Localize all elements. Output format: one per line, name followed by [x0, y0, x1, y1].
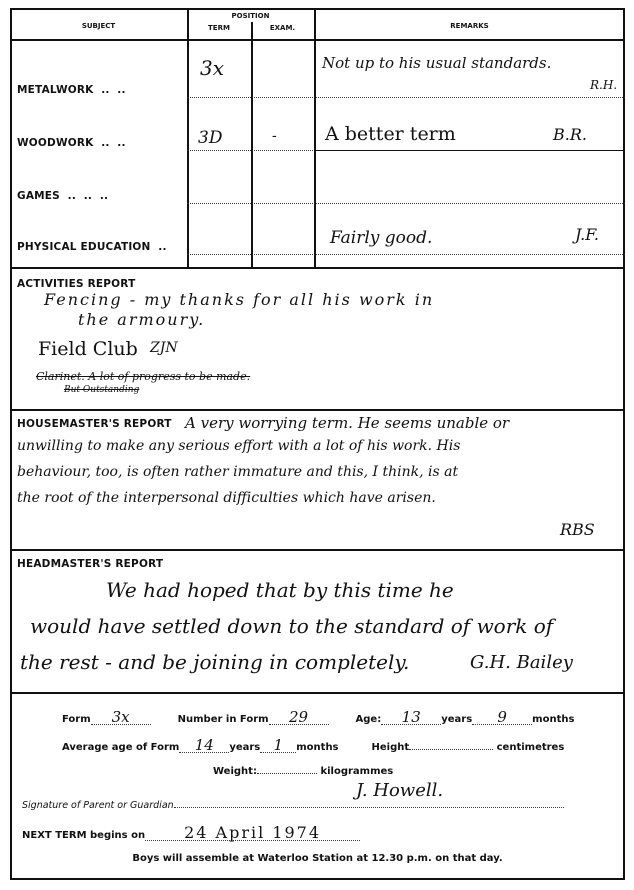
pe-remark: Fairly good.: [330, 228, 432, 248]
activities-struck-line1: Clarinet. A lot of progress to be made.: [36, 370, 250, 383]
woodwork-exam: -: [272, 128, 277, 144]
metalwork-initials: R.H.: [590, 78, 617, 92]
avg-label: Average age of Form: [62, 742, 179, 753]
activities-title: ACTIVITIES REPORT: [17, 278, 135, 290]
housemaster-line-3: behaviour, too, is often rather immature…: [17, 464, 458, 480]
subject-games: GAMES .. .. ..: [17, 190, 108, 202]
headmaster-line-1: We had hoped that by this time he: [106, 578, 454, 602]
woodwork-initials: B.R.: [553, 125, 587, 144]
header-exam: EXAM.: [251, 24, 314, 32]
signature-value: J. Howell.: [356, 780, 443, 801]
woodwork-term: 3D: [198, 128, 222, 148]
activities-line1: Fencing - my thanks for all his work in: [44, 290, 434, 309]
assemble-note: Boys will assemble at Waterloo Station a…: [10, 853, 625, 864]
weight-label: Weight:: [213, 766, 257, 777]
header-remarks: REMARKS: [314, 22, 625, 30]
number-field[interactable]: 29: [269, 710, 329, 725]
activities-field-club-initials: ZJN: [150, 340, 178, 356]
kg-label: kilogrammes: [320, 766, 393, 777]
header-position: POSITION: [187, 12, 314, 20]
header-term: TERM: [187, 24, 251, 32]
form-label: Form: [62, 714, 91, 725]
metalwork-term: 3x: [200, 56, 224, 80]
subject-pe: PHYSICAL EDUCATION ..: [17, 241, 167, 253]
weight-field[interactable]: [257, 773, 317, 774]
signature-row: Signature of Parent or Guardian: [22, 800, 564, 811]
metalwork-remark: Not up to his usual standards.: [322, 54, 551, 72]
age-months-field[interactable]: 9: [472, 710, 532, 725]
form-row: Form3x Number in Form29 Age:13years9mont…: [62, 710, 574, 725]
headmaster-title: HEADMASTER'S REPORT: [17, 558, 163, 570]
housemaster-title: HOUSEMASTER'S REPORT: [17, 418, 172, 430]
housemaster-line-2: unwilling to make any serious effort wit…: [17, 438, 460, 454]
avg-months-label: months: [296, 742, 338, 753]
months-label: months: [532, 714, 574, 725]
headmaster-line-3: the rest - and be joining in completely.: [20, 650, 409, 674]
avg-years-label: years: [229, 742, 260, 753]
height-field[interactable]: [409, 749, 493, 750]
next-term-row: NEXT TERM begins on24 April 1974: [22, 826, 360, 841]
subject-woodwork: WOODWORK .. ..: [17, 137, 126, 149]
housemaster-line-4: the root of the interpersonal difficulti…: [17, 490, 436, 506]
cm-label: centimetres: [497, 742, 565, 753]
headmaster-signature: G.H. Bailey: [470, 652, 573, 673]
header-subject: SUBJECT: [10, 22, 187, 30]
weight-row: Weight: kilogrammes: [213, 766, 393, 777]
subject-metalwork: METALWORK .. ..: [17, 84, 126, 96]
avg-years-field[interactable]: 14: [179, 738, 229, 753]
signature-field[interactable]: [174, 807, 564, 808]
number-label: Number in Form: [178, 714, 269, 725]
pe-initials: J.F.: [575, 225, 599, 244]
avg-months-field[interactable]: 1: [260, 738, 296, 753]
signature-label: Signature of Parent or Guardian: [22, 800, 174, 811]
height-label: Height: [371, 742, 409, 753]
age-years-field[interactable]: 13: [381, 710, 441, 725]
housemaster-signature: RBS: [560, 520, 595, 539]
activities-field-club: Field Club: [38, 338, 138, 360]
avg-row: Average age of Form14years1months Height…: [62, 738, 564, 753]
housemaster-line-1: A very worrying term. He seems unable or: [185, 414, 509, 432]
next-term-label: NEXT TERM begins on: [22, 830, 145, 841]
activities-struck-line2: But Outstanding: [64, 385, 139, 395]
years-label: years: [441, 714, 472, 725]
activities-line2: the armoury.: [78, 310, 205, 329]
headmaster-line-2: would have settled down to the standard …: [30, 614, 553, 638]
form-field[interactable]: 3x: [91, 710, 151, 725]
age-label: Age:: [356, 714, 382, 725]
woodwork-remark: A better term: [325, 123, 456, 145]
next-term-field[interactable]: 24 April 1974: [145, 826, 360, 841]
